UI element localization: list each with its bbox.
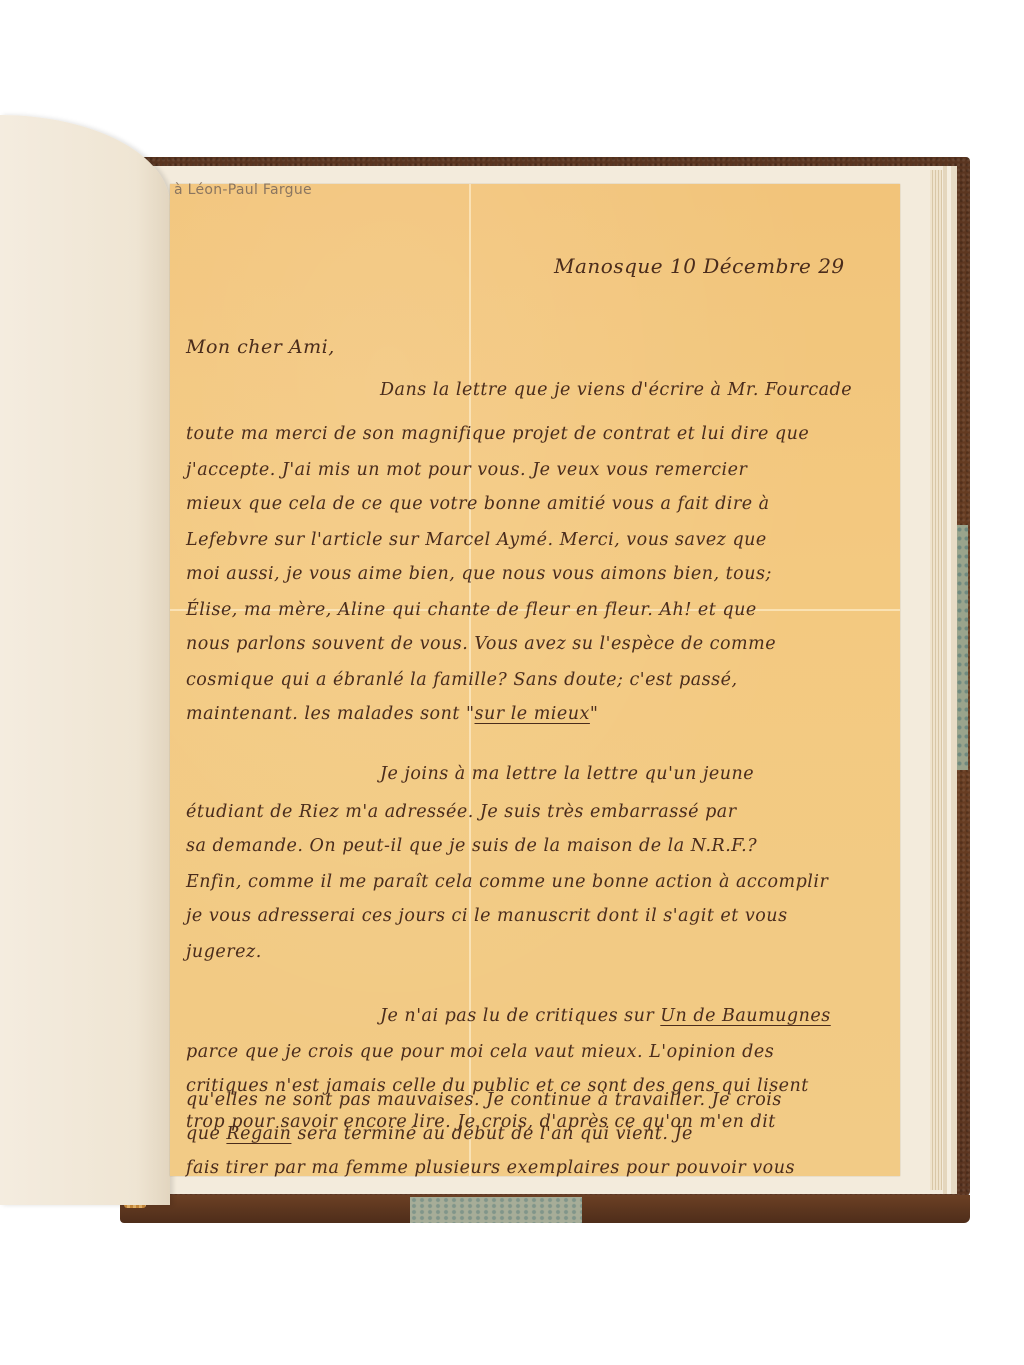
- letter-line: Enfin, comme il me paraît cela comme une…: [186, 872, 828, 892]
- pencil-dedication: à Léon-Paul Fargue: [174, 182, 312, 198]
- letter-line: que Regain sera terminé au début de l'an…: [186, 1124, 693, 1144]
- letter-line: j'accepte. J'ai mis un mot pour vous. Je…: [186, 460, 747, 480]
- letter-line: cosmique qui a ébranlé la famille? Sans …: [186, 670, 738, 690]
- letter-line: moi aussi, je vous aime bien, que nous v…: [186, 564, 772, 584]
- letter-line: maintenant. les malades sont "sur le mie…: [186, 704, 598, 724]
- letter-line: fais tirer par ma femme plusieurs exempl…: [186, 1158, 795, 1178]
- page-edges: [930, 170, 942, 1190]
- letter-line: mieux que cela de ce que votre bonne ami…: [186, 494, 770, 514]
- letter-line: parce que je crois que pour moi cela vau…: [186, 1042, 774, 1062]
- letter-line: Je n'ai pas lu de critiques sur Un de Ba…: [380, 1006, 831, 1026]
- letter-line: jugerez.: [186, 942, 262, 962]
- place-date: Manosque 10 Décembre 29: [554, 254, 845, 278]
- letter-line: nous parlons souvent de vous. Vous avez …: [186, 634, 776, 654]
- letter-line: toute ma merci de son magnifique projet …: [186, 424, 809, 444]
- letter-line: je vous adresserai ces jours ci le manus…: [186, 906, 788, 926]
- letter-line: Je joins à ma lettre la lettre qu'un jeu…: [380, 764, 754, 784]
- letter-line: Lefebvre sur l'article sur Marcel Aymé. …: [186, 530, 767, 550]
- letter-line: Dans la lettre que je viens d'écrire à M…: [380, 380, 852, 400]
- marbled-band-bottom: [410, 1197, 582, 1223]
- letter-line: étudiant de Riez m'a adressée. Je suis t…: [186, 802, 737, 822]
- photographed-book: à Léon-Paul Fargue Manosque 10 Décembre …: [0, 0, 1024, 1365]
- letter-line: Élise, ma mère, Aline qui chante de fleu…: [186, 600, 757, 620]
- underlined-title: Un de Baumugnes: [660, 1006, 830, 1026]
- left-page: [0, 115, 170, 1205]
- letter-line: sa demande. On peut-il que je suis de la…: [186, 836, 757, 856]
- letter-line: qu'elles ne sont pas mauvaises. Je conti…: [186, 1090, 782, 1110]
- handwritten-letter: à Léon-Paul Fargue Manosque 10 Décembre …: [170, 184, 900, 1176]
- underlined-title: Regain: [226, 1124, 291, 1144]
- underlined-title: sur le mieux: [475, 704, 590, 724]
- salutation: Mon cher Ami,: [186, 336, 335, 358]
